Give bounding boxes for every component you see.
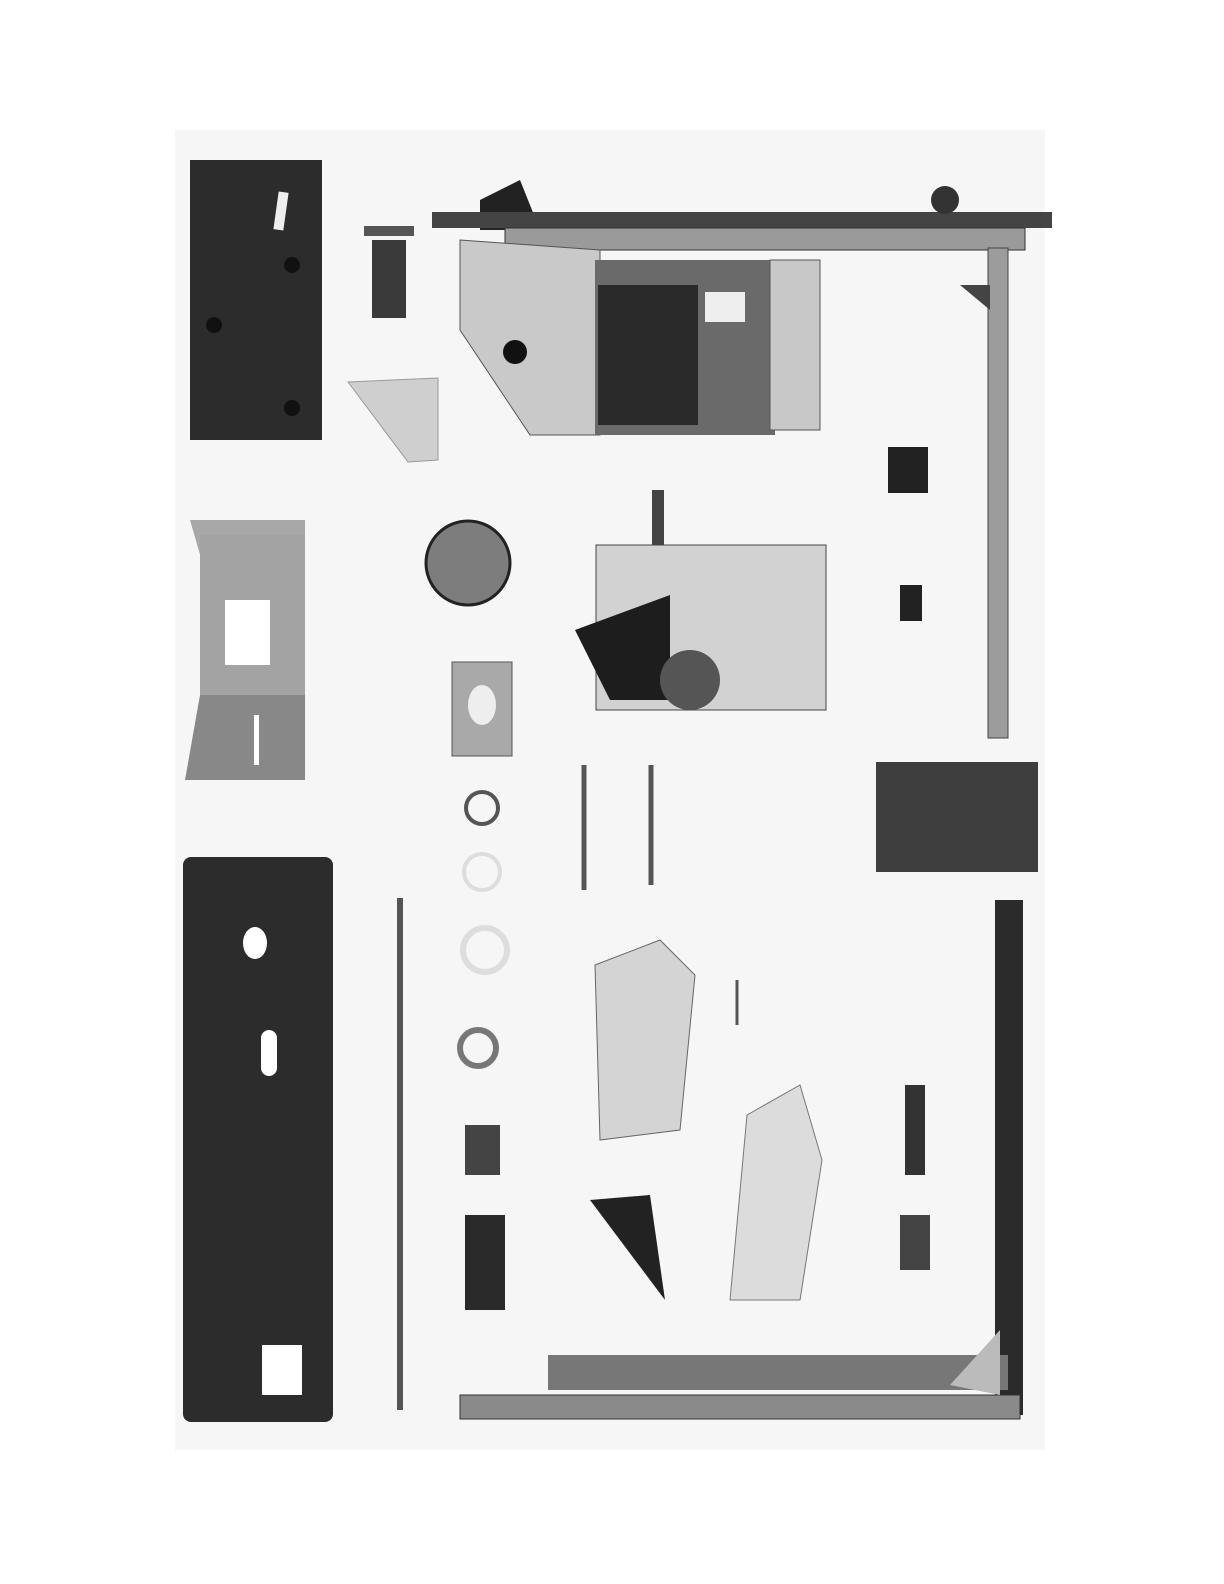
spring-part [905,1085,925,1175]
bent-plate [185,520,305,780]
clip [900,1215,930,1270]
angled-plate-a [595,940,695,1140]
dial-disc [426,521,510,605]
top-left-plate [190,160,322,440]
lock-cylinder [465,1125,500,1175]
small-relay [888,447,928,493]
switch [900,585,922,621]
parts-photograph [0,0,1224,1584]
key-lock [465,1215,505,1310]
long-dark-plate [183,857,333,1422]
dark-panel [876,762,1038,872]
